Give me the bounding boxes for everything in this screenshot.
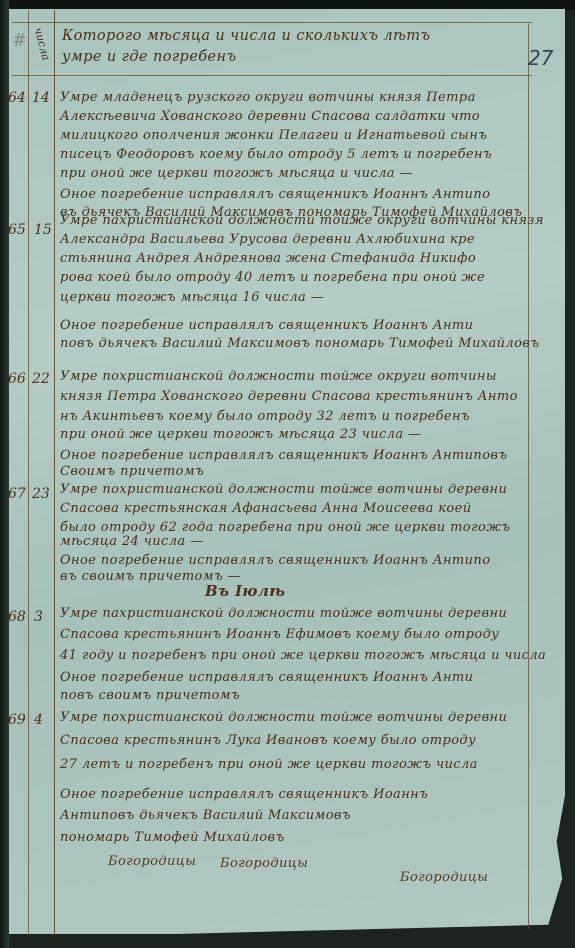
header-line-2: умре и где погребенъ xyxy=(62,49,236,65)
entry-line: Умре похристианской должности тойже вотч… xyxy=(60,710,507,725)
entry-line: Антиповъ дьячекъ Василий Максимовъ xyxy=(60,808,351,823)
record-day: 23 xyxy=(32,486,50,502)
scan-border-left xyxy=(0,0,9,948)
entry-line: Умре похристианской должности тойже вотч… xyxy=(60,482,507,497)
entry-line: Оное погребение исправлялъ священникъ Ио… xyxy=(60,448,507,463)
entry-line: Спасова крестьянинъ Лука Ивановъ коему б… xyxy=(60,733,476,748)
record-day: 15 xyxy=(34,222,52,238)
text-column-right-rule xyxy=(528,24,529,929)
entry-line: пономарь Тимофей Михайловъ xyxy=(60,830,285,845)
entry-line: Своимъ причетомъ xyxy=(60,464,204,479)
entry-line: рова коей было отроду 40 летъ и погребен… xyxy=(60,270,485,285)
record-day: 22 xyxy=(32,371,50,387)
entry-line: Умре пахристианской должности тойже окру… xyxy=(60,213,544,228)
entry-line: церкви тогожъ мѣсяца 16 числа — xyxy=(60,290,324,305)
entry-line: при оной же церкви тогожъ мѣсяца и числа… xyxy=(60,166,413,181)
pen-trial-signature: Богородицы xyxy=(400,870,488,885)
record-number: 69 xyxy=(8,712,26,728)
record-day: 4 xyxy=(34,712,43,728)
entry-line: было отроду 62 года погребена при оной ж… xyxy=(60,520,510,535)
record-number: 64 xyxy=(8,90,26,106)
entry-line: повъ своимъ причетомъ xyxy=(60,688,240,703)
record-number: 65 xyxy=(8,222,26,238)
entry-line: писецъ Феодоровъ коему было отроду 5 лет… xyxy=(60,147,492,162)
month-heading: Въ Іюлѣ xyxy=(205,582,285,600)
entry-line: Оное погребение исправлялъ священникъ Ио… xyxy=(60,187,490,202)
entry-line: нъ Акинтьевъ коему было отроду 32 летъ и… xyxy=(60,409,470,424)
record-no-column-rule xyxy=(28,10,29,935)
entry-line: 41 году и погребенъ при оной же церкви т… xyxy=(60,648,546,663)
entry-line: Спасова крестьянская Афанасьева Анна Мои… xyxy=(60,501,472,516)
entry-line: Спасова крестьянинъ Иоаннъ Ефимовъ коему… xyxy=(60,627,499,642)
record-day: 3 xyxy=(34,609,43,625)
record-number: 66 xyxy=(8,371,26,387)
scan-border-top xyxy=(0,0,575,10)
entry-line: милицкого ополчения жонки Пелагеи и Игна… xyxy=(60,128,487,143)
record-day: 14 xyxy=(32,90,50,106)
record-number: 67 xyxy=(8,486,26,502)
text-column-left-rule xyxy=(54,10,55,935)
entry-line: стьянина Андрея Андреянова жена Стефанид… xyxy=(60,251,476,266)
header-top-rule xyxy=(12,22,532,23)
entry-line: 27 летъ и погребенъ при оной же церкви т… xyxy=(60,757,478,772)
pen-trial-signature: Богородицы xyxy=(220,856,308,871)
entry-line: князя Петра Хованского деревни Спасова к… xyxy=(60,389,518,404)
header-line-1: Которого мѣсяца и числа и сколькихъ лѣтъ xyxy=(62,28,430,44)
margin-hash-mark: # xyxy=(12,30,27,51)
entry-line: Умре младенецъ рузского округи вотчины к… xyxy=(60,90,476,105)
entry-line: Оное погребение исправлялъ священникъ Ио… xyxy=(60,787,428,802)
entry-line: Оное погребение исправлялъ священникъ Ио… xyxy=(60,318,473,333)
entry-line: Оное погребение исправлялъ священникъ Ио… xyxy=(60,553,490,568)
entry-line: повъ дьячекъ Василий Максимовъ пономарь … xyxy=(60,336,539,351)
entry-line: Умре похристианской должности тойже окру… xyxy=(60,369,497,384)
record-number: 68 xyxy=(8,609,26,625)
entry-line: Алексѣевича Хованского деревни Спасова с… xyxy=(60,109,480,124)
folio-number: 27 xyxy=(528,46,553,70)
entry-line: Александра Васильева Урусова деревни Ахл… xyxy=(60,232,475,247)
entry-line: Оное погребение исправлялъ священникъ Ио… xyxy=(60,670,473,685)
header-bottom-rule xyxy=(12,75,532,76)
entry-line: Умре пахристианской должности тойже вотч… xyxy=(60,606,507,621)
entry-line: мѣсяца 24 числа — xyxy=(60,534,203,549)
entry-line: при оной же церкви тогожъ мѣсяца 23 числ… xyxy=(60,427,421,442)
pen-trial-signature: Богородицы xyxy=(108,854,196,869)
